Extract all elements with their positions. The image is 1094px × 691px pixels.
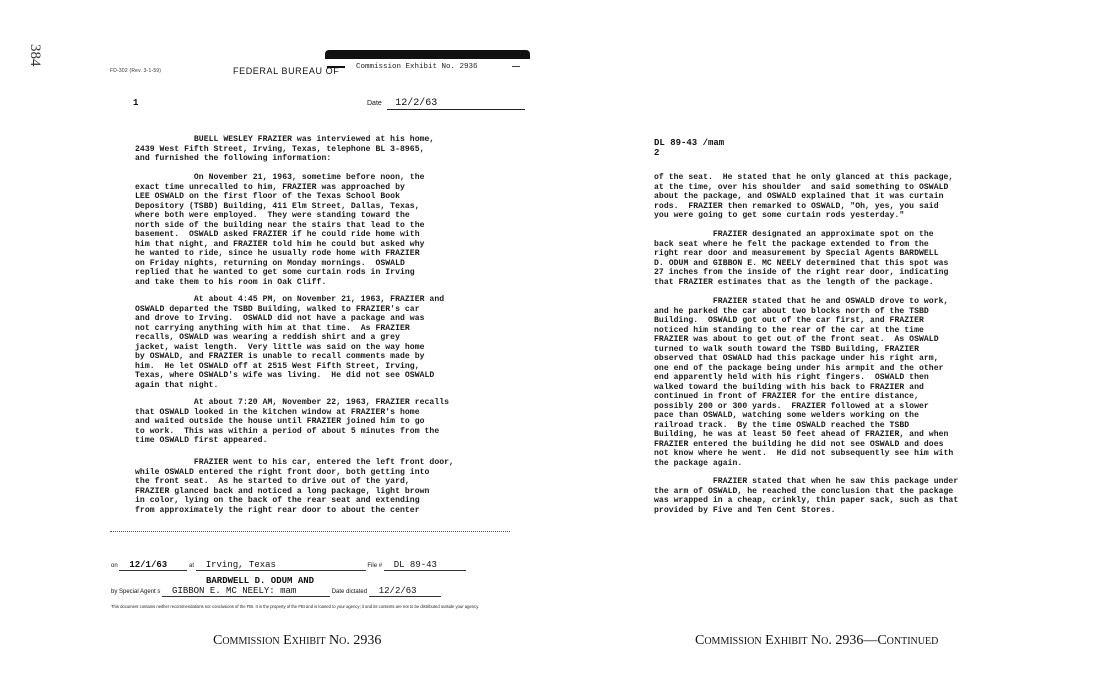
header-rule (327, 66, 345, 68)
agent-label: by Special Agent s (111, 589, 160, 595)
file-value: DL 89-43 (384, 560, 466, 571)
date-row: Date 12/2/63 (367, 98, 525, 110)
paragraph: of the seat. He stated that he only glan… (654, 173, 953, 221)
exhibit-stamp: Commission Exhibit No. 2936 (356, 63, 478, 71)
exhibit-caption: Commission Exhibit No. 2936 (213, 633, 381, 649)
stamp-mark (512, 66, 520, 67)
left-page: 384 FD-302 (Rev. 3-1-59) FEDERAL BUREAU … (0, 0, 547, 691)
redaction-bar (325, 50, 530, 59)
agent-value: GIBBON E. MC NEELY: mam (162, 586, 330, 597)
footer-agent-row: by Special Agent s GIBBON E. MC NEELY: m… (111, 586, 441, 597)
footer-on-row: on 12/1/63 at Irving, Texas File # DL 89… (111, 560, 466, 571)
form-number: FD-302 (Rev. 3-1-59) (110, 68, 161, 74)
disclaimer: This document contains neither recommend… (111, 604, 511, 610)
paragraph: FRAZIER stated that he and OSWALD drove … (654, 297, 953, 468)
page-number: 384 (26, 44, 43, 67)
paragraph: FRAZIER went to his car, entered the lef… (135, 458, 454, 515)
sheet-number: 2 (654, 148, 659, 158)
dictated-value: 12/2/63 (369, 586, 441, 597)
right-page: DL 89-43 /mam 2 of the seat. He stated t… (547, 0, 1094, 691)
file-ref: DL 89-43 /mam (654, 138, 724, 148)
agent-line-1: BARDWELL D. ODUM AND (206, 576, 314, 586)
paragraph: At about 4:45 PM, on November 21, 1963, … (135, 295, 444, 390)
paragraph: FRAZIER stated that when he saw this pac… (654, 477, 958, 515)
on-value: 12/1/63 (119, 560, 187, 571)
paragraph: At about 7:20 AM, November 22, 1963, FRA… (135, 398, 449, 446)
paragraph: On November 21, 1963, sometime before no… (135, 173, 425, 287)
paragraph: BUELL WESLEY FRAZIER was interviewed at … (135, 135, 434, 164)
paragraph: FRAZIER designated an approximate spot o… (654, 230, 948, 287)
file-label: File # (367, 563, 382, 569)
at-value: Irving, Texas (196, 560, 366, 571)
at-label: at (189, 563, 194, 569)
agency-header: FEDERAL BUREAU OF (233, 66, 339, 76)
date-value: 12/2/63 (387, 98, 525, 110)
date-label: Date (367, 100, 382, 107)
page-divider (110, 531, 510, 532)
exhibit-caption: Commission Exhibit No. 2936—Continued (695, 633, 938, 649)
file-header: DL 89-43 /mam 2 (654, 138, 724, 158)
dictated-label: Date dictated (332, 589, 367, 595)
on-label: on (111, 563, 118, 569)
sheet-number: 1 (133, 98, 138, 108)
